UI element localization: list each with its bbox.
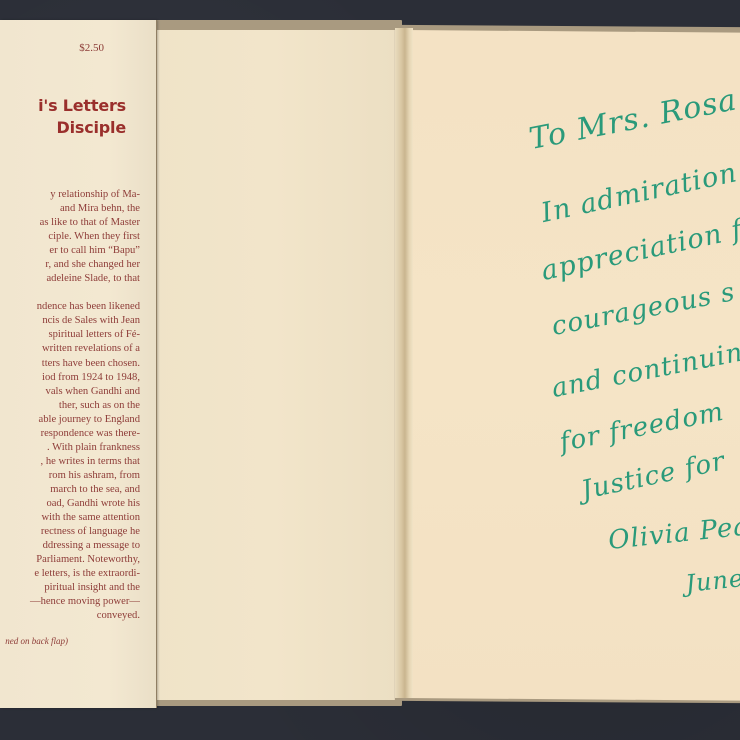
blurb-line: ddressing a message to [0,539,140,553]
price-label: $2.50 [79,42,104,54]
signature: Olivia Pearl [607,509,740,556]
blurb-line: piritual insight and the [0,581,140,595]
blurb-line: conveyed. [0,609,140,623]
continued-note: ned on back flap) [0,636,68,646]
dust-jacket-flap: $2.50 i's Letters Disciple y relationshi… [0,20,156,708]
blurb-line: rectness of language he [0,525,140,539]
blurb-line: spiritual letters of Fé- [0,328,140,342]
blurb-line: rom his ashram, from [0,469,140,483]
inscription-line: In admiration [539,157,740,229]
blurb-paragraph-gap [0,286,140,300]
blurb-line: y relationship of Ma- [0,188,140,202]
blurb-line: respondence was there- [0,427,140,441]
blurb-line: ther, such as on the [0,399,140,413]
blurb-line: oad, Gandhi wrote his [0,497,140,511]
jacket-blurb: y relationship of Ma- and Mira behn, the… [0,188,140,623]
blurb-line: Parliament. Noteworthy, [0,553,140,567]
blurb-line: ciple. When they first [0,230,140,244]
inscription-line: appreciation f [539,214,740,287]
handwritten-inscription: To Mrs. Rosa Pa In admiration appreciati… [405,30,740,698]
blurb-line: ncis de Sales with Jean [0,314,140,328]
blurb-line: e letters, is the extraordi- [0,567,140,581]
inscription-date: June [684,564,740,598]
inscription-line: for freedom [557,397,726,458]
blurb-line: vals when Gandhi and [0,385,140,399]
blurb-line: . With plain frankness [0,441,140,455]
blurb-line: able journey to England [0,413,140,427]
blurb-line: —hence moving power— [0,595,140,609]
blurb-line: as like to that of Master [0,216,140,230]
blurb-line: and Mira behn, the [0,202,140,216]
blurb-line: r, and she changed her [0,258,140,272]
blurb-line: er to call him “Bapu” [0,244,140,258]
inscription-line: To Mrs. Rosa Pa [526,73,740,157]
blurb-line: with the same attention [0,511,140,525]
blurb-line: iod from 1924 to 1948, [0,371,140,385]
blurb-line: ndence has been likened [0,300,140,314]
blurb-line: written revelations of a [0,342,140,356]
jacket-title: i's Letters Disciple [0,95,126,139]
inscription-line: courageous s [549,277,738,342]
blurb-line: tters have been chosen. [0,357,140,371]
blurb-line: , he writes in terms that [0,455,140,469]
left-endpaper [148,30,395,700]
inscription-line: and continuing [549,334,740,404]
blurb-line: adeleine Slade, to that [0,272,140,286]
jacket-title-line: i's Letters [0,95,126,117]
jacket-title-line: Disciple [0,117,126,139]
blurb-line: march to the sea, and [0,483,140,497]
inscription-line: Justice for [579,446,728,506]
